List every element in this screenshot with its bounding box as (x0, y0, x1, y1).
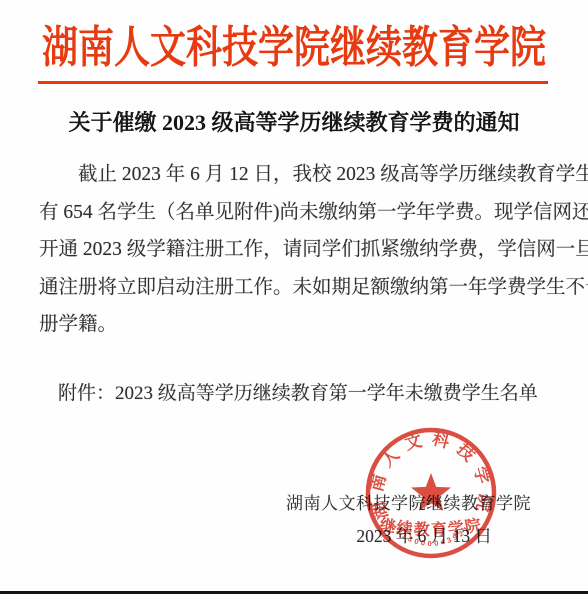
page-bottom-rule (0, 591, 588, 594)
body-line: 截止 2023 年 6 月 12 日，我校 2023 级高等学历继续教育学生仍 (39, 156, 549, 194)
official-seal-stamp: 湖南人文科技学院 继续教育学院 4313000043921 (355, 417, 507, 569)
star-icon (411, 473, 451, 511)
body-line: 有 654 名学生（名单见附件)尚未缴纳第一学年学费。现学信网还未 (39, 194, 549, 232)
body-line: 通注册将立即启动注册工作。未如期足额缴纳第一年学费学生不予注 (39, 269, 549, 307)
institution-header: 湖南人文科技学院继续教育学院 (0, 13, 588, 75)
attachment-line: 附件：2023 级高等学历继续教育第一学年未缴费学生名单 (39, 378, 538, 405)
header-divider (38, 81, 548, 84)
body-line: 开通 2023 级学籍注册工作，请同学们抓紧缴纳学费，学信网一旦开 (39, 231, 549, 269)
scanned-notice-page: 湖南人文科技学院继续教育学院 关于催缴 2023 级高等学历继续教育学费的通知 … (0, 0, 588, 598)
notice-body: 截止 2023 年 6 月 12 日，我校 2023 级高等学历继续教育学生仍 … (39, 156, 549, 344)
notice-title: 关于催缴 2023 级高等学历继续教育学费的通知 (0, 106, 588, 137)
body-line: 册学籍。 (39, 306, 549, 344)
